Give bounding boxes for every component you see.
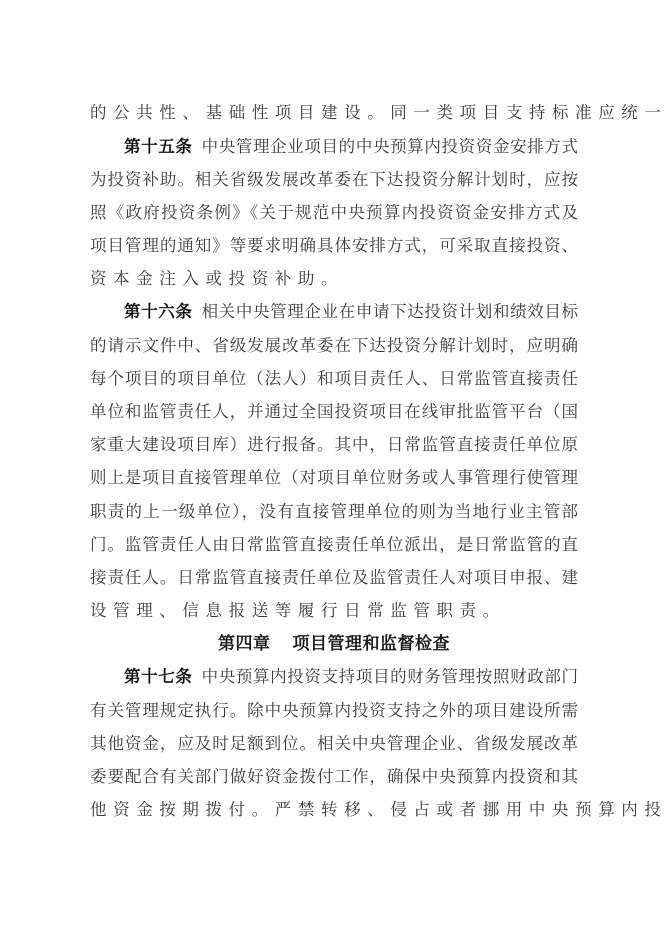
article-16-first-line: 第十六条相关中央管理企业在申请下达投资计划和绩效目标 [124, 300, 578, 324]
text-line: 的公共性、基础性项目建设。同一类项目支持标准应统一。 [90, 101, 578, 125]
text-line: 资本金注入或投资补助。 [90, 267, 578, 291]
text-line: 接责任人。日常监管直接责任单位及监管责任人对项目申报、建 [90, 566, 578, 590]
text-line: 中央预算内投资支持项目的财务管理按照财政部门 [202, 667, 578, 686]
document-page: 的公共性、基础性项目建设。同一类项目支持标准应统一。 第十五条中央管理企业项目的… [0, 0, 668, 933]
text-line: 其他资金，应及时足额到位。相关中央管理企业、省级发展改革 [90, 732, 578, 756]
text-line: 单位和监管责任人，并通过全国投资项目在线审批监管平台（国 [90, 400, 578, 424]
text-line: 为投资补助。相关省级发展改革委在下达投资分解计划时，应按 [90, 168, 578, 192]
text-line: 每个项目的项目单位（法人）和项目责任人、日常监管直接责任 [90, 367, 578, 391]
article-15-heading: 第十五条 [124, 137, 193, 156]
chapter-number: 第四章 [218, 634, 271, 654]
text-line: 项目管理的通知》等要求明确具体安排方式，可采取直接投资、 [90, 234, 578, 258]
text-line: 照《政府投资条例》《关于规范中央预算内投资资金安排方式及 [90, 201, 578, 225]
text-line: 中央管理企业项目的中央预算内投资资金安排方式 [202, 137, 578, 156]
chapter-heading: 第四章项目管理和监督检查 [0, 632, 668, 656]
chapter-title: 项目管理和监督检查 [293, 634, 451, 654]
text-line: 的请示文件中、省级发展改革委在下达投资分解计划时，应明确 [90, 334, 578, 358]
text-line: 有关管理规定执行。除中央预算内投资支持之外的项目建设所需 [90, 699, 578, 723]
article-16-heading: 第十六条 [124, 302, 193, 321]
text-line: 设管理、信息报送等履行日常监管职责。 [90, 599, 578, 623]
text-line: 他资金按期拨付。严禁转移、侵占或者挪用中央预算内投资。 [90, 798, 578, 822]
text-line: 家重大建设项目库）进行报备。其中，日常监管直接责任单位原 [90, 433, 578, 457]
text-line: 委要配合有关部门做好资金拨付工作，确保中央预算内投资和其 [90, 765, 578, 789]
article-15-first-line: 第十五条中央管理企业项目的中央预算内投资资金安排方式 [124, 135, 578, 159]
text-line: 职责的上一级单位），没有直接管理单位的则为当地行业主管部 [90, 500, 578, 524]
text-line: 相关中央管理企业在申请下达投资计划和绩效目标 [202, 302, 578, 321]
article-17-first-line: 第十七条中央预算内投资支持项目的财务管理按照财政部门 [124, 665, 578, 689]
text-line: 门。监管责任人由日常监管直接责任单位派出，是日常监管的直 [90, 533, 578, 557]
article-17-heading: 第十七条 [124, 667, 193, 686]
text-line: 则上是项目直接管理单位（对项目单位财务或人事管理行使管理 [90, 466, 578, 490]
